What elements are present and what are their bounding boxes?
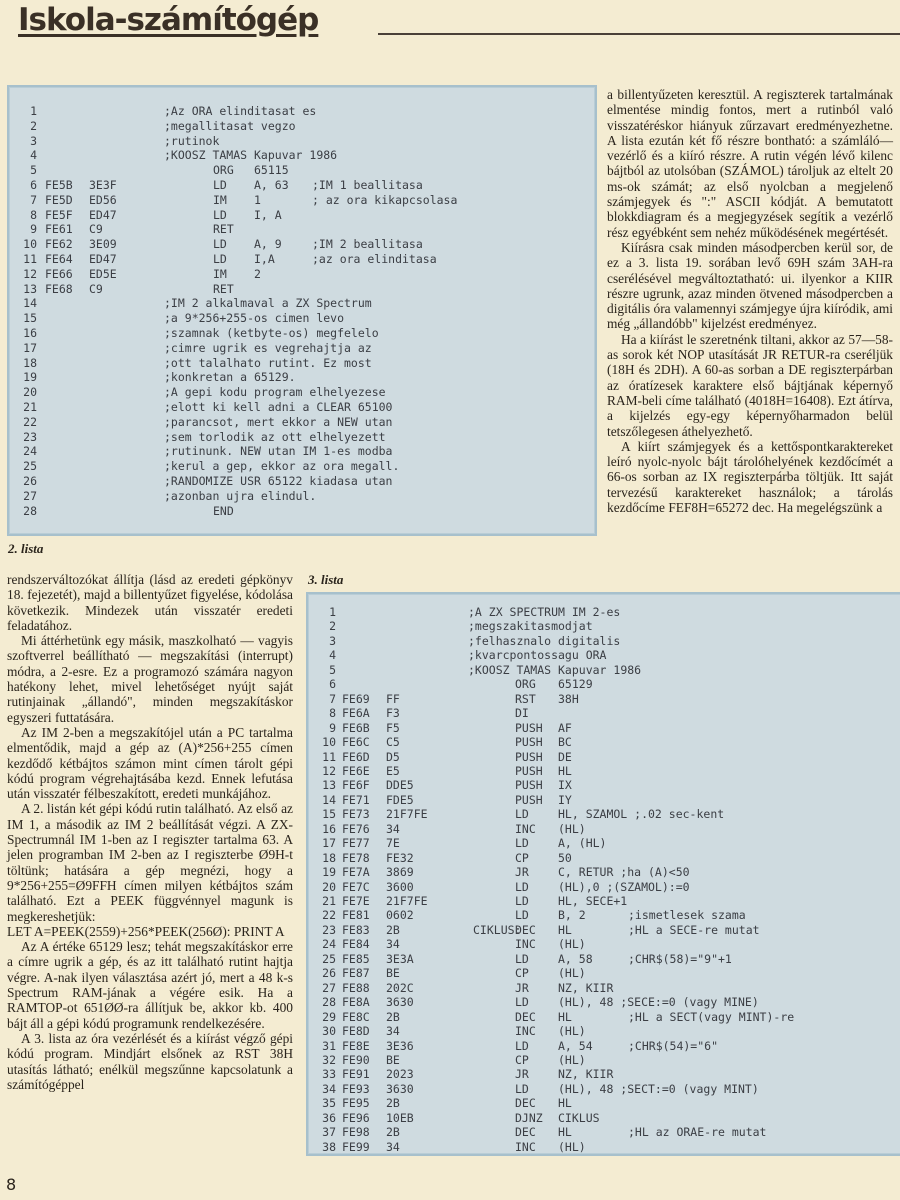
operand: BC (558, 735, 572, 750)
line-number: 20 (9, 385, 37, 400)
mnemonic: DEC (515, 1010, 536, 1025)
address: FE96 (342, 1111, 370, 1126)
page-header: Iskola-számítógép (8, 0, 900, 40)
line-number: 35 (308, 1096, 336, 1111)
code-line: 10FE6CC5PUSHBC (308, 735, 900, 750)
code-line: 23FE832BCIKLUS:DECHL;HL a SECE-re mutat (308, 923, 900, 938)
mnemonic: PUSH (515, 721, 543, 736)
line-number: 10 (308, 735, 336, 750)
mnemonic: LD (213, 178, 227, 193)
line-number: 17 (308, 836, 336, 851)
line-number: 19 (308, 865, 336, 880)
machine-code: 34 (386, 1024, 400, 1039)
line-number: 23 (9, 430, 37, 445)
operand: DE (558, 750, 572, 765)
address: FE5B (45, 178, 73, 193)
machine-code: 34 (386, 822, 400, 837)
code-line: 24FE8434INC(HL) (308, 937, 900, 952)
machine-code: FF (386, 692, 400, 707)
machine-code: 2B (386, 923, 400, 938)
address: FE95 (342, 1096, 370, 1111)
operand: (HL), 48 ;SECT:=0 (vagy MINT) (558, 1082, 759, 1097)
machine-code: E5 (386, 764, 400, 779)
code-line: 6FE5B3E3FLDA, 63;IM 1 beallitasa (9, 178, 595, 193)
mnemonic: LD (515, 952, 529, 967)
operand: (HL) (558, 1053, 586, 1068)
code-line: 2;megallitasat vegzo (9, 119, 595, 134)
machine-code: 2023 (386, 1067, 414, 1082)
mnemonic: DEC (515, 1125, 536, 1140)
machine-code: 10EB (386, 1111, 414, 1126)
operand: 50 (558, 851, 572, 866)
mnemonic: END (213, 504, 234, 519)
line-number: 34 (308, 1082, 336, 1097)
mnemonic: INC (515, 937, 536, 952)
mnemonic: INC (515, 1140, 536, 1155)
code-line: 4;KOOSZ TAMAS Kapuvar 1986 (9, 148, 595, 163)
paragraph: Ha a kiírást le szeretnénk tiltani, akko… (607, 332, 893, 439)
machine-code: F5 (386, 721, 400, 736)
line-number: 8 (9, 208, 37, 223)
address: FE8E (342, 1039, 370, 1054)
line-number: 27 (308, 981, 336, 996)
address: FE5F (45, 208, 73, 223)
comment: ;IM 2 beallitasa (312, 237, 423, 252)
mnemonic: LD (213, 237, 227, 252)
address: FE78 (342, 851, 370, 866)
address: FE90 (342, 1053, 370, 1068)
operand: A, 54 (558, 1039, 593, 1054)
article-column-left: rendszerváltozókat állítja (lásd az ered… (7, 572, 293, 1092)
machine-code: FE32 (386, 851, 414, 866)
machine-code: C5 (386, 735, 400, 750)
line-number: 7 (9, 193, 37, 208)
comment: ;KOOSZ TAMAS Kapuvar 1986 (164, 148, 337, 163)
code-line: 10FE623E09LDA, 9;IM 2 beallitasa (9, 237, 595, 252)
machine-code: F3 (386, 706, 400, 721)
address: FE91 (342, 1067, 370, 1082)
code-line: 12FE66ED5EIM2 (9, 267, 595, 282)
mnemonic: ORG (213, 163, 234, 178)
line-number: 25 (9, 459, 37, 474)
code-line: 31FE8E3E36LDA, 54;CHR$(54)="6" (308, 1039, 900, 1054)
operand: CIKLUS (558, 1111, 600, 1126)
code-line: 38FE9934INC(HL) (308, 1140, 900, 1155)
line-number: 23 (308, 923, 336, 938)
code-line: 9FE6BF5PUSHAF (308, 721, 900, 736)
line-number: 28 (308, 995, 336, 1010)
comment: ;A ZX SPECTRUM IM 2-es (468, 605, 620, 620)
machine-code: 3869 (386, 865, 414, 880)
code-line: 22FE810602LDB, 2;ismetlesek szama (308, 908, 900, 923)
address: FE6B (342, 721, 370, 736)
paragraph: Kiírásra csak minden másodpercben kerül … (607, 240, 893, 332)
header-rule (378, 33, 900, 35)
machine-code: ED5E (89, 267, 117, 282)
mnemonic: PUSH (515, 750, 543, 765)
address: FE6A (342, 706, 370, 721)
code-line: 20FE7C3600LD(HL),0 ;(SZAMOL):=0 (308, 880, 900, 895)
operand: (HL), 48 ;SECE:=0 (vagy MINE) (558, 995, 759, 1010)
comment: ;KOOSZ TAMAS Kapuvar 1986 (468, 663, 641, 678)
code-line: 30FE8D34INC(HL) (308, 1024, 900, 1039)
code-line: 3;felhasznalo digitalis (308, 634, 900, 649)
comment: ;cimre ugrik es vegrehajtja az (164, 341, 372, 356)
address: FE8C (342, 1010, 370, 1025)
code-line: 3;rutinok (9, 134, 595, 149)
address: FE6F (342, 778, 370, 793)
comment: ;megallitasat vegzo (164, 119, 296, 134)
line-number: 28 (9, 504, 37, 519)
line-number: 25 (308, 952, 336, 967)
machine-code: 3E36 (386, 1039, 414, 1054)
address: FE87 (342, 966, 370, 981)
code-line: 4;kvarcpontossagu ORA (308, 648, 900, 663)
mnemonic: LD (515, 908, 529, 923)
mnemonic: RST (515, 692, 536, 707)
line-number: 19 (9, 370, 37, 385)
mnemonic: DEC (515, 1096, 536, 1111)
comment: ;konkretan a 65129. (164, 370, 296, 385)
code-line: 32FE90BECP(HL) (308, 1053, 900, 1068)
operand: A, (HL) (558, 836, 606, 851)
line-number: 22 (9, 415, 37, 430)
code-line: 19FE7A3869JRC, RETUR ;ha (A)<50 (308, 865, 900, 880)
line-number: 30 (308, 1024, 336, 1039)
mnemonic: RET (213, 282, 234, 297)
line-number: 33 (308, 1067, 336, 1082)
comment: ;szamnak (ketbyte-os) megfelelo (164, 326, 379, 341)
code-line: 7FE69FFRST38H (308, 692, 900, 707)
paragraph: rendszerváltozókat állítja (lásd az ered… (7, 572, 293, 633)
code-line: 28FE8A3630LD(HL), 48 ;SECE:=0 (vagy MINE… (308, 995, 900, 1010)
operand: HL (558, 1125, 572, 1140)
listing-2-caption: 2. lista (8, 541, 43, 557)
machine-code: ED47 (89, 208, 117, 223)
mnemonic: INC (515, 1024, 536, 1039)
comment: ;HL a SECE-re mutat (628, 923, 760, 938)
line-number: 8 (308, 706, 336, 721)
line-number: 6 (9, 178, 37, 193)
machine-code: 21F7FE (386, 894, 428, 909)
machine-code: 3600 (386, 880, 414, 895)
comment: ;a 9*256+255-os cimen levo (164, 311, 344, 326)
address: FE69 (342, 692, 370, 707)
mnemonic: LD (515, 995, 529, 1010)
line-number: 4 (9, 148, 37, 163)
code-line: 9FE61C9RET (9, 222, 595, 237)
line-number: 2 (308, 619, 336, 634)
line-number: 24 (9, 444, 37, 459)
line-number: 21 (308, 894, 336, 909)
operand: 1 (254, 193, 261, 208)
paragraph: LET A=PEEK(2559)+256*PEEK(256Ø): PRINT A (7, 924, 293, 939)
mnemonic: JR (515, 1067, 529, 1082)
page-number: 8 (6, 1175, 16, 1194)
code-line: 5;KOOSZ TAMAS Kapuvar 1986 (308, 663, 900, 678)
line-number: 37 (308, 1125, 336, 1140)
operand: A, 9 (254, 237, 282, 252)
code-line: 2;megszakitasmodjat (308, 619, 900, 634)
machine-code: 21F7FE (386, 807, 428, 822)
line-number: 9 (308, 721, 336, 736)
address: FE6E (342, 764, 370, 779)
code-line: 18FE78FE32CP50 (308, 851, 900, 866)
address: FE71 (342, 793, 370, 808)
mnemonic: IM (213, 267, 227, 282)
comment: ;felhasznalo digitalis (468, 634, 620, 649)
comment: ;rutinok (164, 134, 219, 149)
line-number: 31 (308, 1039, 336, 1054)
machine-code: 3630 (386, 1082, 414, 1097)
code-line: 22;parancsot, mert ekkor a NEW utan (9, 415, 595, 430)
address: FE77 (342, 836, 370, 851)
code-line: 13FE6FDDE5PUSHIX (308, 778, 900, 793)
mnemonic: IM (213, 193, 227, 208)
line-number: 10 (9, 237, 37, 252)
code-line: 1;A ZX SPECTRUM IM 2-es (308, 605, 900, 620)
code-line: 25;kerul a gep, ekkor az ora megall. (9, 459, 595, 474)
machine-code: 3630 (386, 995, 414, 1010)
code-line: 27FE88202CJRNZ, KIIR (308, 981, 900, 996)
operand: 65115 (254, 163, 289, 178)
code-line: 26;RANDOMIZE USR 65122 kiadasa utan (9, 474, 595, 489)
operand: I, A (254, 208, 282, 223)
line-number: 15 (308, 807, 336, 822)
comment: ;IM 2 alkalmaval a ZX Spectrum (164, 296, 372, 311)
mnemonic: PUSH (515, 764, 543, 779)
line-number: 7 (308, 692, 336, 707)
comment: ;CHR$(58)="9"+1 (628, 952, 732, 967)
line-number: 21 (9, 400, 37, 415)
address: FE61 (45, 222, 73, 237)
machine-code: 2B (386, 1125, 400, 1140)
comment: ;ismetlesek szama (628, 908, 746, 923)
mnemonic: LD (515, 1082, 529, 1097)
code-listing-2: 1;Az ORA elinditasat es2;megallitasat ve… (7, 85, 597, 536)
operand: HL (558, 1096, 572, 1111)
operand: IX (558, 778, 572, 793)
code-line: 36FE9610EBDJNZCIKLUS (308, 1111, 900, 1126)
code-listing-3: 1;A ZX SPECTRUM IM 2-es2;megszakitasmodj… (306, 592, 900, 1156)
machine-code: 7E (386, 836, 400, 851)
operand: (HL),0 ;(SZAMOL):=0 (558, 880, 690, 895)
address: FE6D (342, 750, 370, 765)
comment: ;rutinunk. NEW utan IM 1-es modba (164, 444, 392, 459)
comment: ;HL a SECT(vagy MINT)-re (628, 1010, 794, 1025)
code-line: 21FE7E21F7FELDHL, SECE+1 (308, 894, 900, 909)
line-number: 9 (9, 222, 37, 237)
comment: ;megszakitasmodjat (468, 619, 593, 634)
address: FE68 (45, 282, 73, 297)
mnemonic: LD (213, 208, 227, 223)
mnemonic: LD (515, 807, 529, 822)
machine-code: DDE5 (386, 778, 414, 793)
address: FE84 (342, 937, 370, 952)
operand: (HL) (558, 937, 586, 952)
line-number: 6 (308, 677, 336, 692)
paragraph: A 3. lista az óra vezérlését és a kiírás… (7, 1031, 293, 1092)
comment: ;az ora elinditasa (312, 252, 437, 267)
machine-code: 3E3F (89, 178, 117, 193)
paragraph: a billentyűzeten keresztül. A regisztere… (607, 87, 893, 240)
comment: ;kerul a gep, ekkor az ora megall. (164, 459, 399, 474)
mnemonic: INC (515, 822, 536, 837)
mnemonic: JR (515, 981, 529, 996)
line-number: 13 (308, 778, 336, 793)
operand: (HL) (558, 822, 586, 837)
mnemonic: LD (213, 252, 227, 267)
address: FE7E (342, 894, 370, 909)
machine-code: ED56 (89, 193, 117, 208)
address: FE81 (342, 908, 370, 923)
operand: 38H (558, 692, 579, 707)
code-line: 7FE5DED56IM1; az ora kikapcsolasa (9, 193, 595, 208)
code-line: 34FE933630LD(HL), 48 ;SECT:=0 (vagy MINT… (308, 1082, 900, 1097)
machine-code: D5 (386, 750, 400, 765)
address: FE93 (342, 1082, 370, 1097)
mnemonic: DEC (515, 923, 536, 938)
code-line: 1;Az ORA elinditasat es (9, 104, 595, 119)
code-line: 12FE6EE5PUSHHL (308, 764, 900, 779)
comment: ;Az ORA elinditasat es (164, 104, 316, 119)
mnemonic: DJNZ (515, 1111, 543, 1126)
operand: I,A (254, 252, 275, 267)
line-number: 22 (308, 908, 336, 923)
article-column-right: a billentyűzeten keresztül. A regisztere… (607, 87, 893, 515)
line-number: 27 (9, 489, 37, 504)
mnemonic: ORG (515, 677, 536, 692)
code-line: 11FE64ED47LDI,A;az ora elinditasa (9, 252, 595, 267)
code-line: 6ORG65129 (308, 677, 900, 692)
address: FE5D (45, 193, 73, 208)
comment: ; az ora kikapcsolasa (312, 193, 457, 208)
code-line: 13FE68C9RET (9, 282, 595, 297)
machine-code: FDE5 (386, 793, 414, 808)
line-number: 32 (308, 1053, 336, 1068)
address: FE99 (342, 1140, 370, 1155)
paragraph: A 2. listán két gépi kódú rutin találhat… (7, 801, 293, 923)
line-number: 4 (308, 648, 336, 663)
address: FE7A (342, 865, 370, 880)
address: FE8A (342, 995, 370, 1010)
line-number: 20 (308, 880, 336, 895)
line-number: 18 (9, 356, 37, 371)
paragraph: A kiírt számjegyek és a kettőspontkarakt… (607, 439, 893, 515)
comment: ;sem torlodik az ott elhelyezett (164, 430, 386, 445)
code-line: 14;IM 2 alkalmaval a ZX Spectrum (9, 296, 595, 311)
code-line: 35FE952BDECHL (308, 1096, 900, 1111)
address: FE85 (342, 952, 370, 967)
code-line: 11FE6DD5PUSHDE (308, 750, 900, 765)
paragraph: Az A értéke 65129 lesz; tehát megszakítá… (7, 939, 293, 1031)
code-line: 25FE853E3ALDA, 58;CHR$(58)="9"+1 (308, 952, 900, 967)
machine-code: BE (386, 1053, 400, 1068)
machine-code: 3E09 (89, 237, 117, 252)
address: FE62 (45, 237, 73, 252)
code-line: 19;konkretan a 65129. (9, 370, 595, 385)
address: FE66 (45, 267, 73, 282)
mnemonic: PUSH (515, 735, 543, 750)
line-number: 17 (9, 341, 37, 356)
address: FE73 (342, 807, 370, 822)
mnemonic: CP (515, 851, 529, 866)
code-line: 33FE912023JRNZ, KIIR (308, 1067, 900, 1082)
line-number: 12 (308, 764, 336, 779)
code-line: 8FE6AF3DI (308, 706, 900, 721)
line-number: 16 (308, 822, 336, 837)
line-number: 11 (308, 750, 336, 765)
operand: (HL) (558, 966, 586, 981)
line-number: 3 (308, 634, 336, 649)
line-number: 26 (308, 966, 336, 981)
listing-3-caption: 3. lista (308, 572, 343, 588)
machine-code: 2B (386, 1010, 400, 1025)
code-line: 15;a 9*256+255-os cimen levo (9, 311, 595, 326)
code-line: 28END (9, 504, 595, 519)
operand: HL (558, 1010, 572, 1025)
operand: NZ, KIIR (558, 981, 613, 996)
operand: (HL) (558, 1140, 586, 1155)
machine-code: BE (386, 966, 400, 981)
operand: 65129 (558, 677, 593, 692)
comment: ;IM 1 beallitasa (312, 178, 423, 193)
machine-code: 2B (386, 1096, 400, 1111)
comment: ;azonban ujra elindul. (164, 489, 316, 504)
address: FE83 (342, 923, 370, 938)
code-line: 24;rutinunk. NEW utan IM 1-es modba (9, 444, 595, 459)
code-line: 5ORG65115 (9, 163, 595, 178)
line-number: 14 (308, 793, 336, 808)
comment: ;elott ki kell adni a CLEAR 65100 (164, 400, 392, 415)
machine-code: 3E3A (386, 952, 414, 967)
comment: ;RANDOMIZE USR 65122 kiadasa utan (164, 474, 392, 489)
address: FE76 (342, 822, 370, 837)
mnemonic: PUSH (515, 778, 543, 793)
line-number: 24 (308, 937, 336, 952)
address: FE98 (342, 1125, 370, 1140)
operand: (HL) (558, 1024, 586, 1039)
line-number: 2 (9, 119, 37, 134)
operand: AF (558, 721, 572, 736)
comment: ;parancsot, mert ekkor a NEW utan (164, 415, 392, 430)
mnemonic: LD (515, 894, 529, 909)
line-number: 14 (9, 296, 37, 311)
operand: B, 2 (558, 908, 586, 923)
line-number: 5 (308, 663, 336, 678)
machine-code: 34 (386, 937, 400, 952)
operand: NZ, KIIR (558, 1067, 613, 1082)
line-number: 26 (9, 474, 37, 489)
machine-code: C9 (89, 222, 103, 237)
line-number: 1 (308, 605, 336, 620)
address: FE64 (45, 252, 73, 267)
mnemonic: JR (515, 865, 529, 880)
operand: HL, SZAMOL ;.02 sec-kent (558, 807, 724, 822)
mnemonic: LD (515, 880, 529, 895)
comment: ;HL az ORAE-re mutat (628, 1125, 766, 1140)
machine-code: 202C (386, 981, 414, 996)
operand: HL (558, 764, 572, 779)
code-line: 8FE5FED47LDI, A (9, 208, 595, 223)
address: FE8D (342, 1024, 370, 1039)
code-line: 18;ott talalhato rutint. Ez most (9, 356, 595, 371)
code-line: 26FE87BECP(HL) (308, 966, 900, 981)
code-line: 23;sem torlodik az ott elhelyezett (9, 430, 595, 445)
mnemonic: RET (213, 222, 234, 237)
code-line: 17FE777ELDA, (HL) (308, 836, 900, 851)
address: FE6C (342, 735, 370, 750)
